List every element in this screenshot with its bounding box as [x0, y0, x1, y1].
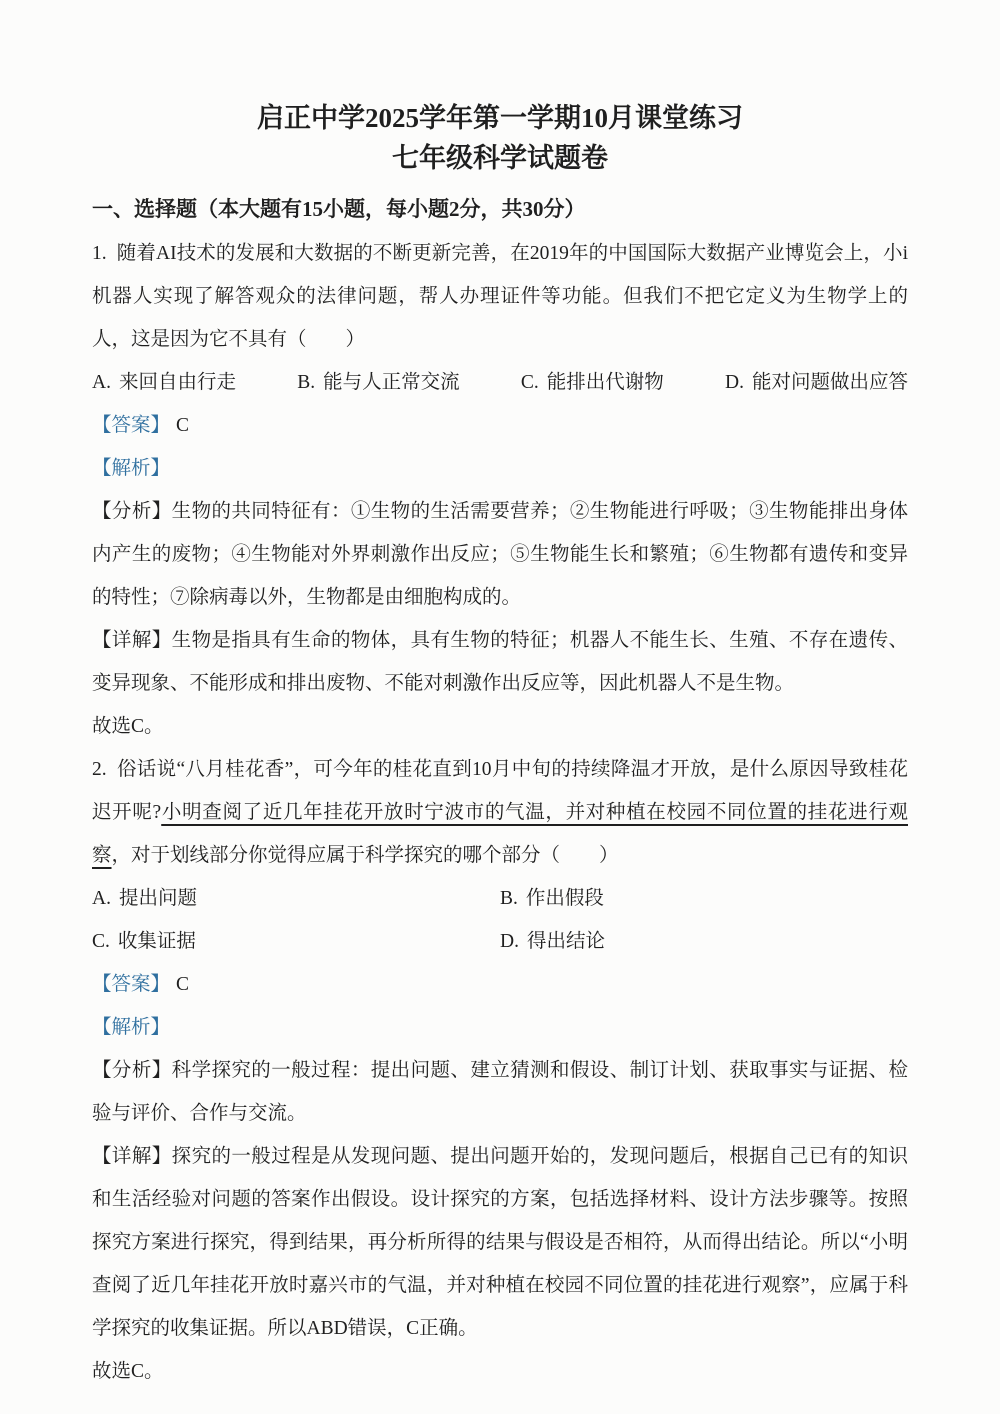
- question-1-explanation-header: 【解析】: [92, 447, 908, 490]
- detail-label: 【详解】: [92, 630, 172, 651]
- question-2-detail-text: 探究的一般过程是从发现问题、提出问题开始的，发现问题后，根据自己已有的知识和生活…: [92, 1146, 908, 1339]
- option-b-label: B.: [500, 888, 518, 909]
- option-d-label: D.: [725, 372, 744, 393]
- question-1-option-b: B.能与人正常交流: [297, 361, 459, 404]
- explanation-label: 【解析】: [92, 1017, 170, 1038]
- analysis-label: 【分析】: [92, 501, 172, 522]
- explanation-label: 【解析】: [92, 458, 170, 479]
- analysis-label: 【分析】: [92, 1060, 172, 1081]
- option-c-text: 能排出代谢物: [547, 372, 664, 393]
- question-1-detail: 【详解】生物是指具有生命的物体，具有生物的特征；机器人不能生长、生殖、不存在遗传…: [92, 619, 908, 705]
- question-1-answer-line: 【答案】C: [92, 404, 908, 447]
- option-b-text: 能与人正常交流: [323, 372, 460, 393]
- question-2-option-c: C.收集证据: [92, 920, 500, 963]
- question-1-option-c: C.能排出代谢物: [521, 361, 664, 404]
- question-1-option-a: A.来回自由行走: [92, 361, 236, 404]
- question-2-stem: 2.俗话说“八月桂花香”，可今年的桂花直到10月中旬的持续降温才开放，是什么原因…: [92, 748, 908, 877]
- question-1-options: A.来回自由行走 B.能与人正常交流 C.能排出代谢物 D.能对问题做出应答: [92, 361, 908, 404]
- answer-label: 【答案】: [92, 415, 170, 436]
- question-2-analysis: 【分析】科学探究的一般过程：提出问题、建立猜测和假设、制订计划、获取事实与证据、…: [92, 1049, 908, 1135]
- question-1-stem: 1.随着AI技术的发展和大数据的不断更新完善，在2019年的中国国际大数据产业博…: [92, 232, 908, 361]
- option-a-label: A.: [92, 888, 111, 909]
- option-a-label: A.: [92, 372, 111, 393]
- question-2-number: 2.: [92, 759, 107, 780]
- question-2-answer-line: 【答案】C: [92, 963, 908, 1006]
- detail-label: 【详解】: [92, 1146, 172, 1167]
- paper-title-line1: 启正中学2025学年第一学期10月课堂练习: [92, 98, 908, 138]
- question-2-explanation-header: 【解析】: [92, 1006, 908, 1049]
- question-1: 1.随着AI技术的发展和大数据的不断更新完善，在2019年的中国国际大数据产业博…: [92, 232, 908, 748]
- question-1-answer-value: C: [176, 415, 189, 436]
- question-2-analysis-text: 科学探究的一般过程：提出问题、建立猜测和假设、制订计划、获取事实与证据、检验与评…: [92, 1060, 908, 1124]
- option-c-label: C.: [92, 931, 110, 952]
- question-2-answer-value: C: [176, 974, 189, 995]
- question-2: 2.俗话说“八月桂花香”，可今年的桂花直到10月中旬的持续降温才开放，是什么原因…: [92, 748, 908, 1393]
- question-2-option-a: A.提出问题: [92, 877, 500, 920]
- question-1-stem-text: 随着AI技术的发展和大数据的不断更新完善，在2019年的中国国际大数据产业博览会…: [92, 243, 908, 350]
- question-2-stem-after: ，对于划线部分你觉得应属于科学探究的哪个部分（ ）: [112, 845, 619, 866]
- question-2-option-d: D.得出结论: [500, 920, 908, 963]
- question-2-options: A.提出问题 B.作出假段 C.收集证据 D.得出结论: [92, 877, 908, 963]
- question-1-analysis: 【分析】生物的共同特征有：①生物的生活需要营养；②生物能进行呼吸；③生物能排出身…: [92, 490, 908, 619]
- option-d-text: 能对问题做出应答: [752, 372, 908, 393]
- paper-title-line2: 七年级科学试题卷: [92, 138, 908, 178]
- question-1-conclusion: 故选C。: [92, 705, 908, 748]
- option-b-text: 作出假段: [526, 888, 604, 909]
- option-c-label: C.: [521, 372, 539, 393]
- option-d-label: D.: [500, 931, 519, 952]
- question-2-conclusion: 故选C。: [92, 1350, 908, 1393]
- answer-label: 【答案】: [92, 974, 170, 995]
- question-2-detail: 【详解】探究的一般过程是从发现问题、提出问题开始的，发现问题后，根据自己已有的知…: [92, 1135, 908, 1350]
- option-c-text: 收集证据: [118, 931, 196, 952]
- option-a-text: 提出问题: [119, 888, 197, 909]
- question-1-option-d: D.能对问题做出应答: [725, 361, 908, 404]
- question-1-analysis-text: 生物的共同特征有：①生物的生活需要营养；②生物能进行呼吸；③生物能排出身体内产生…: [92, 501, 908, 608]
- option-b-label: B.: [297, 372, 315, 393]
- section-heading: 一、选择题（本大题有15小题，每小题2分，共30分）: [92, 186, 908, 232]
- question-1-detail-text: 生物是指具有生命的物体，具有生物的特征；机器人不能生长、生殖、不存在遗传、变异现…: [92, 630, 908, 694]
- question-1-number: 1.: [92, 243, 107, 264]
- exam-paper-page: 启正中学2025学年第一学期10月课堂练习 七年级科学试题卷 一、选择题（本大题…: [0, 0, 1000, 1414]
- question-2-option-b: B.作出假段: [500, 877, 908, 920]
- option-d-text: 得出结论: [527, 931, 605, 952]
- option-a-text: 来回自由行走: [119, 372, 236, 393]
